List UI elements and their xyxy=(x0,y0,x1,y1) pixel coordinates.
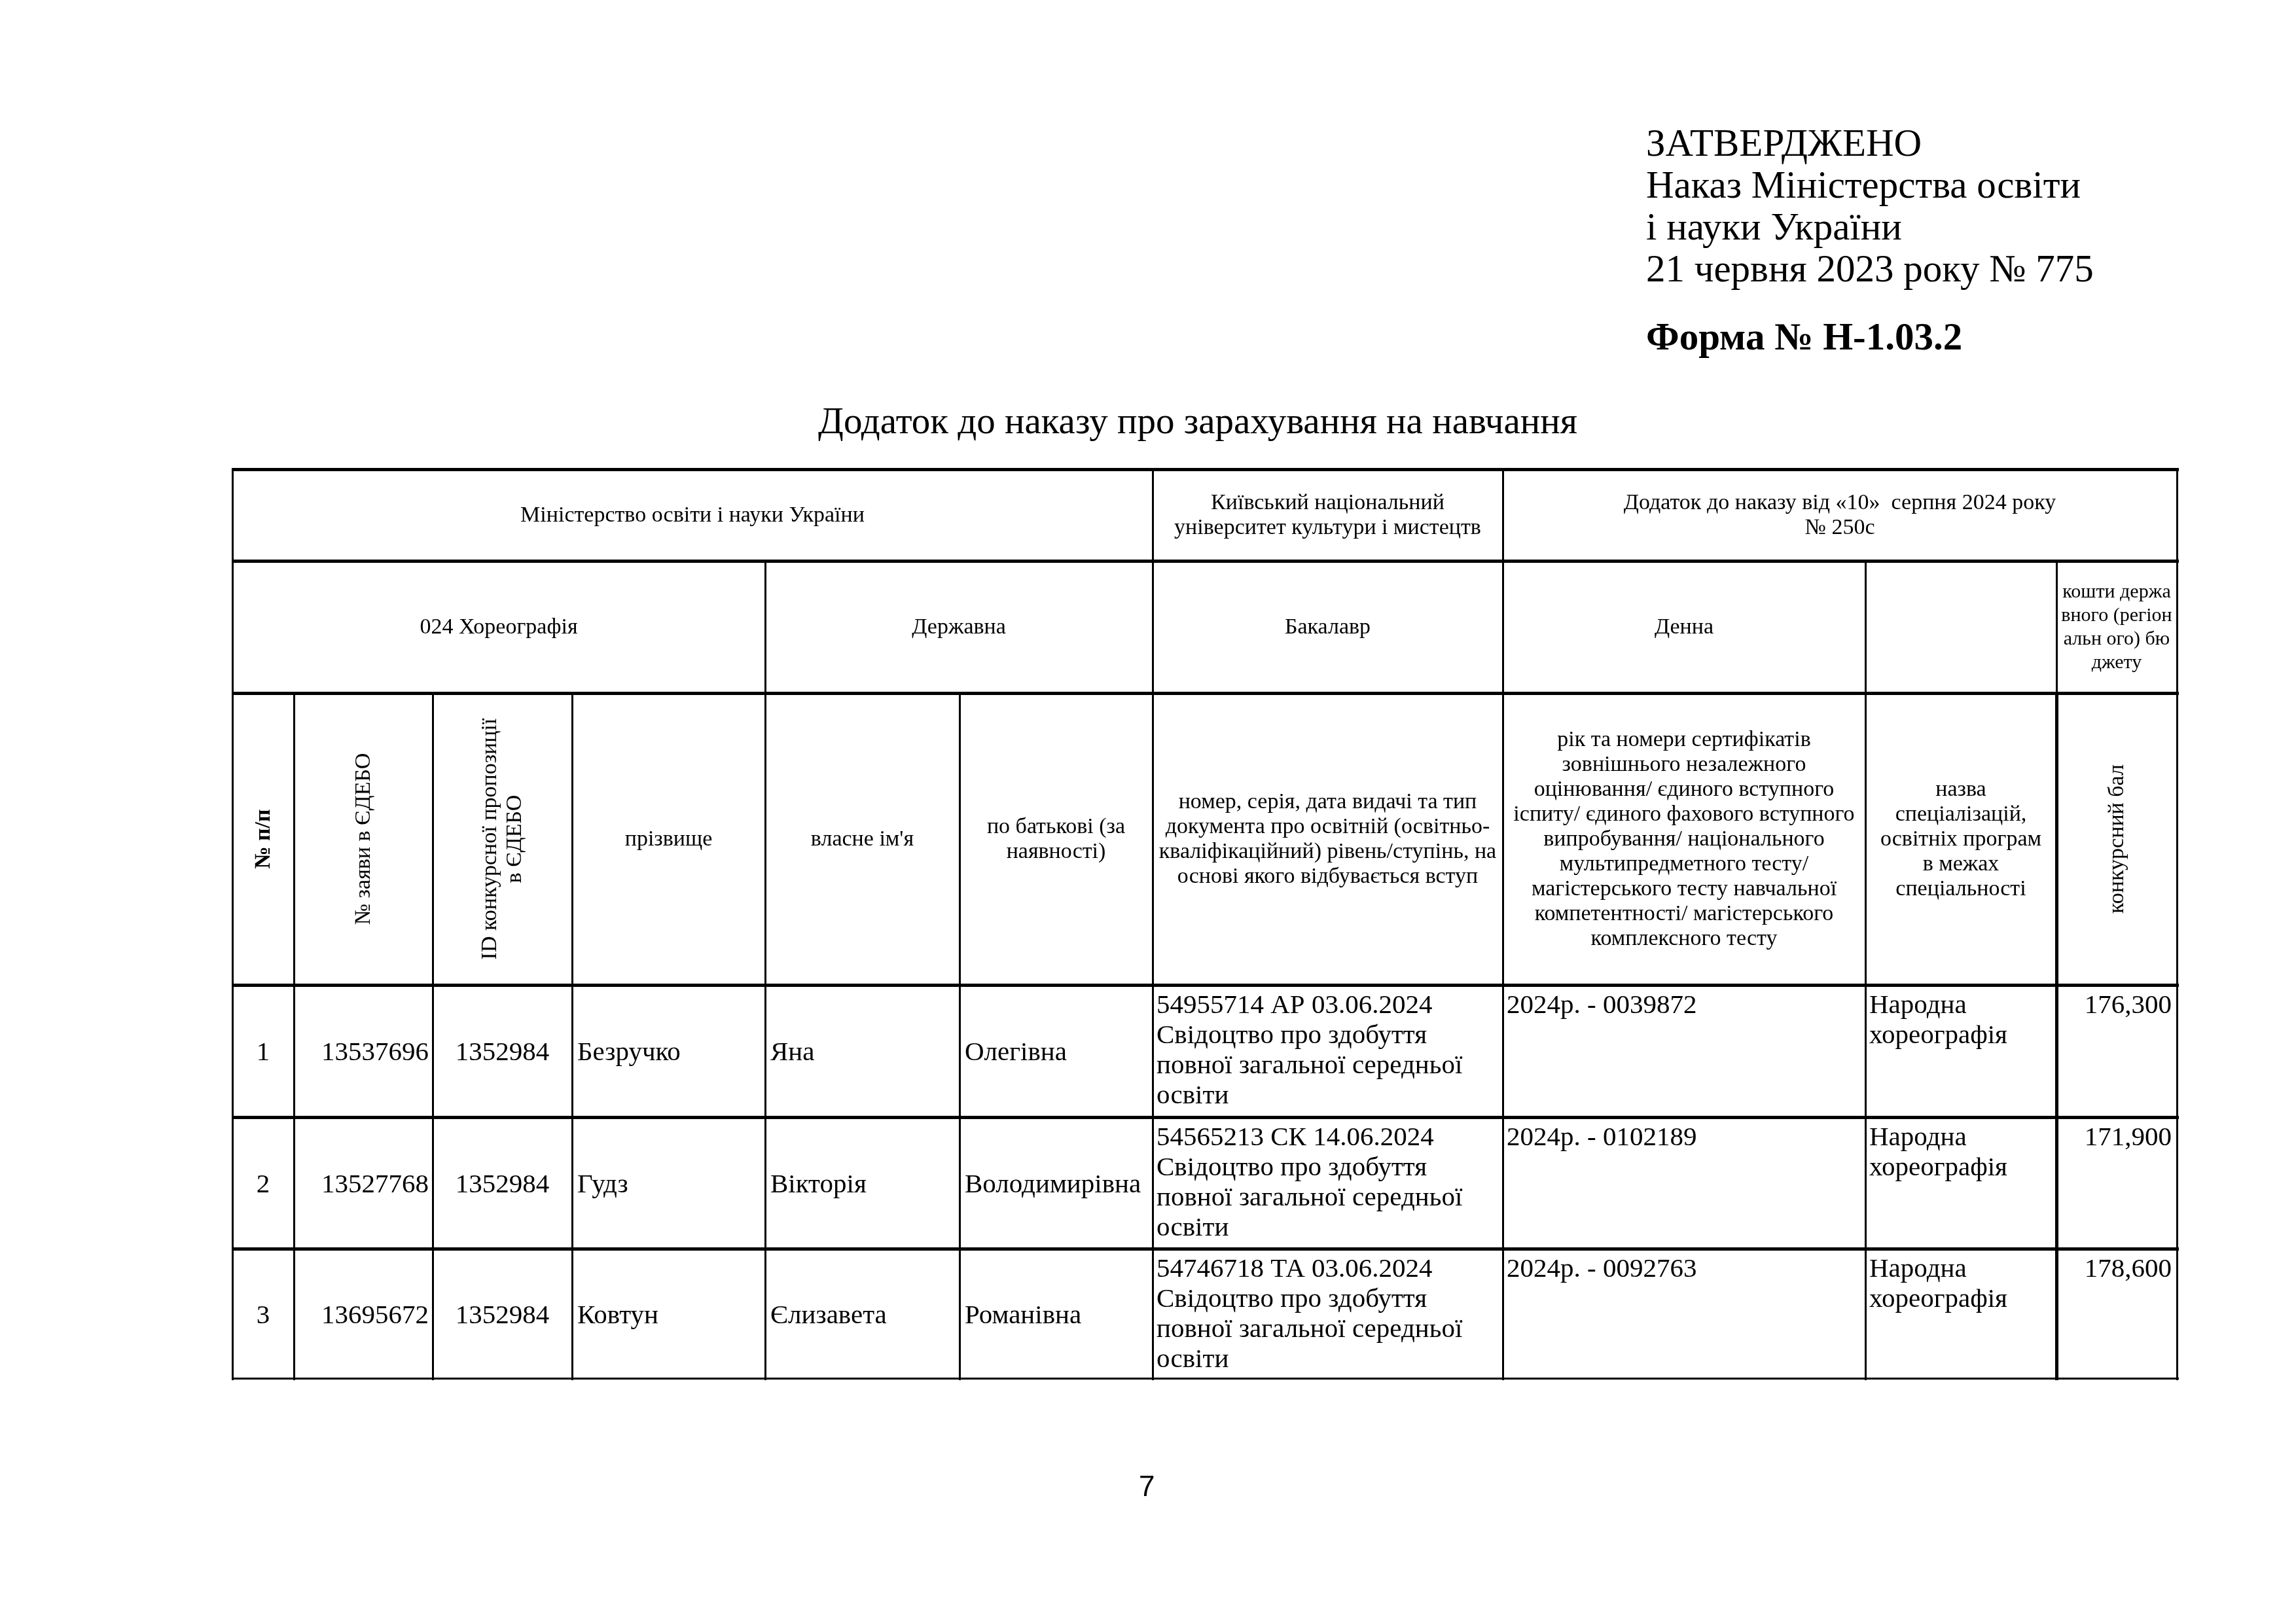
cell-specialization: Народна хореографія xyxy=(1865,985,2056,1117)
cell-first-name: Єлизавета xyxy=(765,1249,960,1379)
cell-document: 54746718 ТА 03.06.2024 Свідоцтво про здо… xyxy=(1153,1249,1503,1379)
cell-patronymic: Романівна xyxy=(960,1249,1153,1379)
header-ministry: Міністерство освіти і науки України xyxy=(232,469,1153,561)
col-header-certificates: рік та номери сертифікатів зовнішнього н… xyxy=(1503,693,1865,985)
table-rule xyxy=(232,1378,2179,1380)
cell-first-name: Яна xyxy=(765,985,960,1117)
table-rule xyxy=(232,692,2179,695)
col-header-specialization: назва спеціалізацій, освітніх програм в … xyxy=(1865,693,2056,985)
table-rule xyxy=(432,692,434,1380)
cell-patronymic: Олегівна xyxy=(960,985,1153,1117)
header-specialty: 024 Хореографія xyxy=(232,561,765,693)
table-rule xyxy=(232,468,2179,471)
table-rule xyxy=(764,560,766,694)
cell-offer-id: 1352984 xyxy=(433,1249,572,1379)
approval-line: Наказ Міністерства освіти xyxy=(1646,164,2094,205)
table-rule xyxy=(232,984,2179,987)
cell-offer-id: 1352984 xyxy=(433,985,572,1117)
cell-certificates: 2024р. - 0102189 xyxy=(1503,1117,1865,1249)
approval-line: 21 червня 2023 року № 775 xyxy=(1646,247,2094,289)
cell-document: 54565213 СК 14.06.2024 Свідоцтво про здо… xyxy=(1153,1117,1503,1249)
col-header-first-name: власне ім'я xyxy=(765,693,960,985)
table-rule xyxy=(232,560,2179,563)
table-rule xyxy=(2055,692,2058,1380)
header-funding-source: кошти державного (регіональн ого) бюджет… xyxy=(2056,561,2177,693)
table-rule xyxy=(2176,468,2178,1380)
cell-specialization: Народна хореографія xyxy=(1865,1249,2056,1379)
approval-line: і науки України xyxy=(1646,205,2094,247)
cell-application-id: 13695672 xyxy=(294,1249,433,1379)
document-title: Додаток до наказу про зарахування на нав… xyxy=(0,401,2296,442)
cell-specialization: Народна хореографія xyxy=(1865,1117,2056,1249)
col-header-offer-id: ID конкурсної пропозиціїв ЄДЕБО xyxy=(433,693,572,985)
col-header-score: конкурсний бал xyxy=(2056,693,2177,985)
cell-row-number: 3 xyxy=(232,1249,294,1379)
col-header-surname: прізвище xyxy=(572,693,765,985)
table-rule xyxy=(1152,560,1154,694)
cell-score: 178,600 xyxy=(2056,1249,2177,1379)
cell-patronymic: Володимирівна xyxy=(960,1117,1153,1249)
cell-certificates: 2024р. - 0092763 xyxy=(1503,1249,1865,1379)
table-rule xyxy=(1152,692,1154,1380)
cell-surname: Безручко xyxy=(572,985,765,1117)
col-header-num: № п/п xyxy=(232,693,294,985)
header-degree: Бакалавр xyxy=(1153,561,1503,693)
table-rule xyxy=(764,692,766,1380)
table-rule xyxy=(232,1247,2179,1251)
table-rule xyxy=(1865,560,1867,694)
table-rule xyxy=(232,1116,2179,1119)
cell-score: 176,300 xyxy=(2056,985,2177,1117)
table-rule xyxy=(571,692,573,1380)
cell-surname: Ковтун xyxy=(572,1249,765,1379)
cell-row-number: 1 xyxy=(232,985,294,1117)
header-university: Київський національний університет культ… xyxy=(1153,469,1503,561)
cell-application-id: 13527768 xyxy=(294,1117,433,1249)
cell-first-name: Вікторія xyxy=(765,1117,960,1249)
header-funding-form: Державна xyxy=(765,561,1153,693)
table-rule xyxy=(959,692,961,1380)
cell-document: 54955714 АР 03.06.2024 Свідоцтво про здо… xyxy=(1153,985,1503,1117)
page-number: 7 xyxy=(1139,1472,1155,1501)
cell-score: 171,900 xyxy=(2056,1117,2177,1249)
form-number: Форма № Н-1.03.2 xyxy=(1646,315,1962,357)
cell-surname: Гудз xyxy=(572,1117,765,1249)
header-study-form: Денна xyxy=(1503,561,1865,693)
table-rule xyxy=(1152,468,1154,562)
approval-stamp: ЗАТВЕРДЖЕНО Наказ Міністерства освіти і … xyxy=(1646,122,2094,289)
table-rule xyxy=(1502,692,1504,1380)
table-rule xyxy=(1865,692,1867,1380)
col-header-document: номер, серія, дата видачі та тип докумен… xyxy=(1153,693,1503,985)
table-rule xyxy=(2056,560,2058,694)
table-rule xyxy=(1502,468,1504,562)
cell-certificates: 2024р. - 0039872 xyxy=(1503,985,1865,1117)
header-blank xyxy=(1865,561,2056,693)
table-rule xyxy=(232,468,234,1380)
col-header-patronymic: по батькові (за наявності) xyxy=(960,693,1153,985)
table-rule xyxy=(1502,560,1504,694)
header-order: Додаток до наказу від «10» серпня 2024 р… xyxy=(1503,469,2177,561)
approval-line: ЗАТВЕРДЖЕНО xyxy=(1646,122,2094,164)
col-header-application-id: № заяви в ЄДЕБО xyxy=(294,693,433,985)
cell-offer-id: 1352984 xyxy=(433,1117,572,1249)
cell-row-number: 2 xyxy=(232,1117,294,1249)
table-rule xyxy=(293,692,295,1380)
cell-application-id: 13537696 xyxy=(294,985,433,1117)
